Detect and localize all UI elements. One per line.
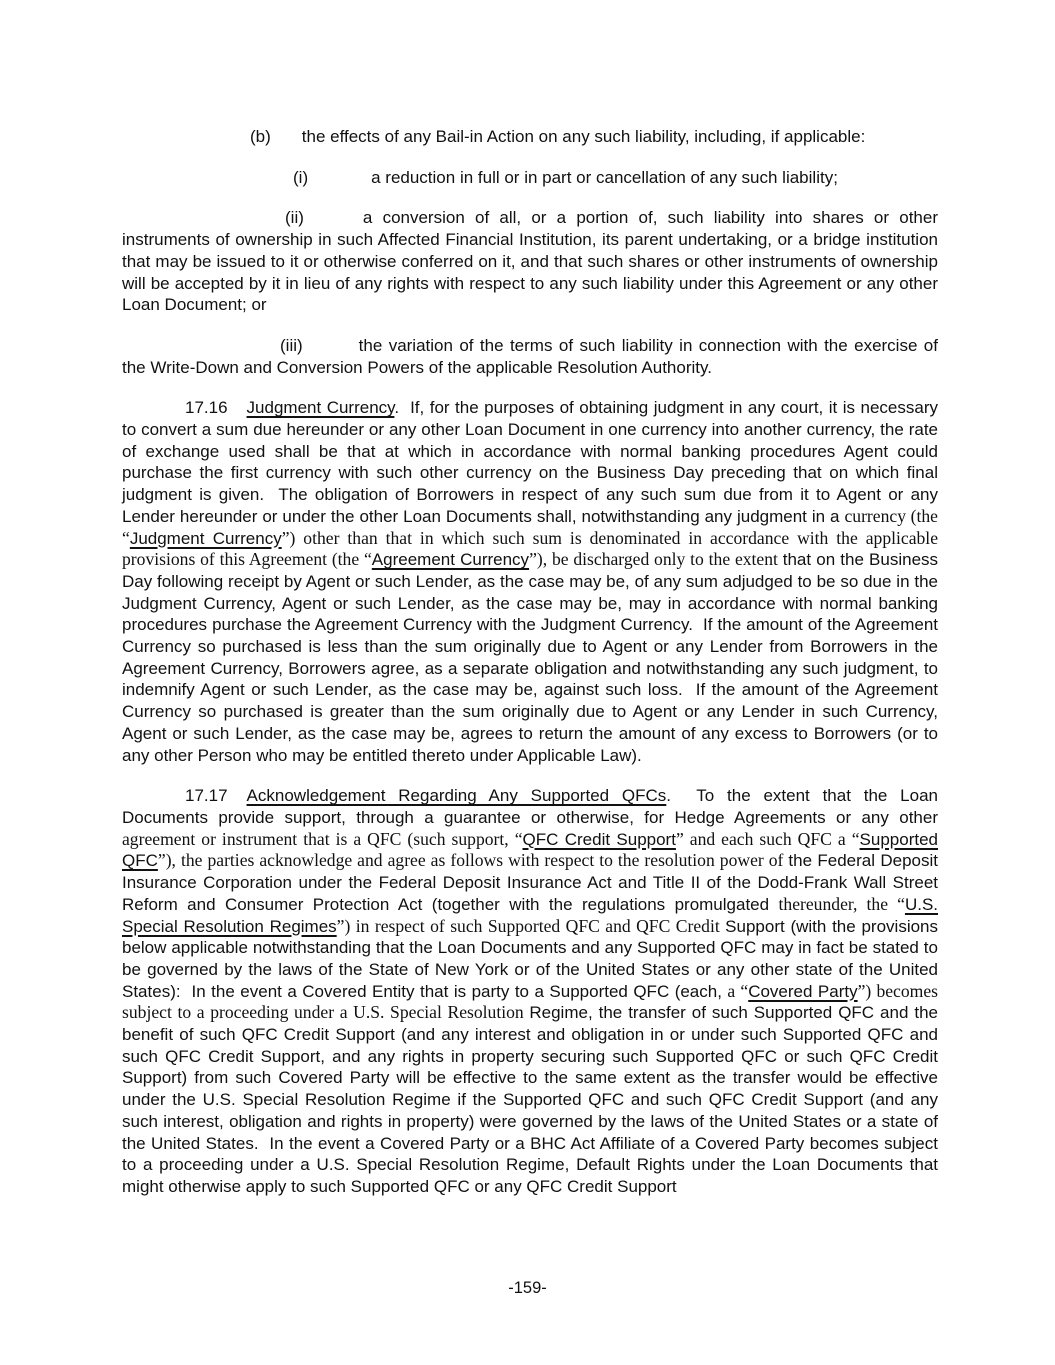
clause-iii-paragraph: (iii)the variation of the terms of such … [122, 335, 938, 378]
text-run: ”) in respect of such Supported QFC and … [337, 916, 725, 936]
text-run: a reduction in full or in part or cancel… [371, 168, 838, 187]
page-number: -159- [0, 1279, 1055, 1298]
clause-i-paragraph: (i)a reduction in full or in part or can… [122, 167, 938, 189]
text-run: a conversion of all, or a portion of, su… [122, 208, 938, 314]
text-run: a “ [727, 981, 748, 1001]
underlined-term: Judgment Currency [130, 529, 282, 548]
text-run: the variation of the terms of such liabi… [122, 336, 938, 377]
underlined-term: QFC Credit Support [523, 830, 676, 849]
underlined-term: Covered Party [748, 982, 857, 1001]
document-body: (b)the effects of any Bail-in Action on … [122, 126, 938, 1198]
text-run: that on the Business Day following recei… [122, 550, 938, 764]
paragraph-number-label: (ii) [285, 208, 304, 227]
text-run: . If, for the purposes of obtaining judg… [122, 398, 938, 526]
paragraph-number-label: 17.16 [185, 398, 228, 417]
underlined-term: Acknowledgement Regarding Any Supported … [247, 786, 667, 805]
text-run: ” and each such QFC a “ [676, 829, 860, 849]
section-17-16-paragraph: 17.16Judgment Currency. If, for the purp… [122, 397, 938, 766]
underlined-term: Judgment Currency [247, 398, 395, 417]
text-run: the effects of any Bail-in Action on any… [302, 127, 866, 146]
text-run: Regime, the transfer of such Supported Q… [122, 1003, 938, 1196]
text-run: ”), be discharged only to the extent [529, 549, 783, 569]
paragraph-number-label: (b) [250, 127, 271, 146]
underlined-term: Agreement Currency [372, 550, 529, 569]
paragraph-number-label: (iii) [280, 336, 303, 355]
clause-ii-paragraph: (ii)a conversion of all, or a portion of… [122, 207, 938, 316]
text-run: ”), the parties acknowledge and agree as… [158, 850, 789, 870]
text-run: agreement or instrument that is a QFC (s… [122, 829, 523, 849]
document-page: (b)the effects of any Bail-in Action on … [0, 0, 1055, 1365]
section-17-17-paragraph: 17.17Acknowledgement Regarding Any Suppo… [122, 785, 938, 1197]
clause-b-paragraph: (b)the effects of any Bail-in Action on … [122, 126, 938, 148]
text-run: thereunder, the “ [779, 894, 905, 914]
paragraph-number-label: 17.17 [185, 786, 228, 805]
paragraph-number-label: (i) [293, 168, 308, 187]
